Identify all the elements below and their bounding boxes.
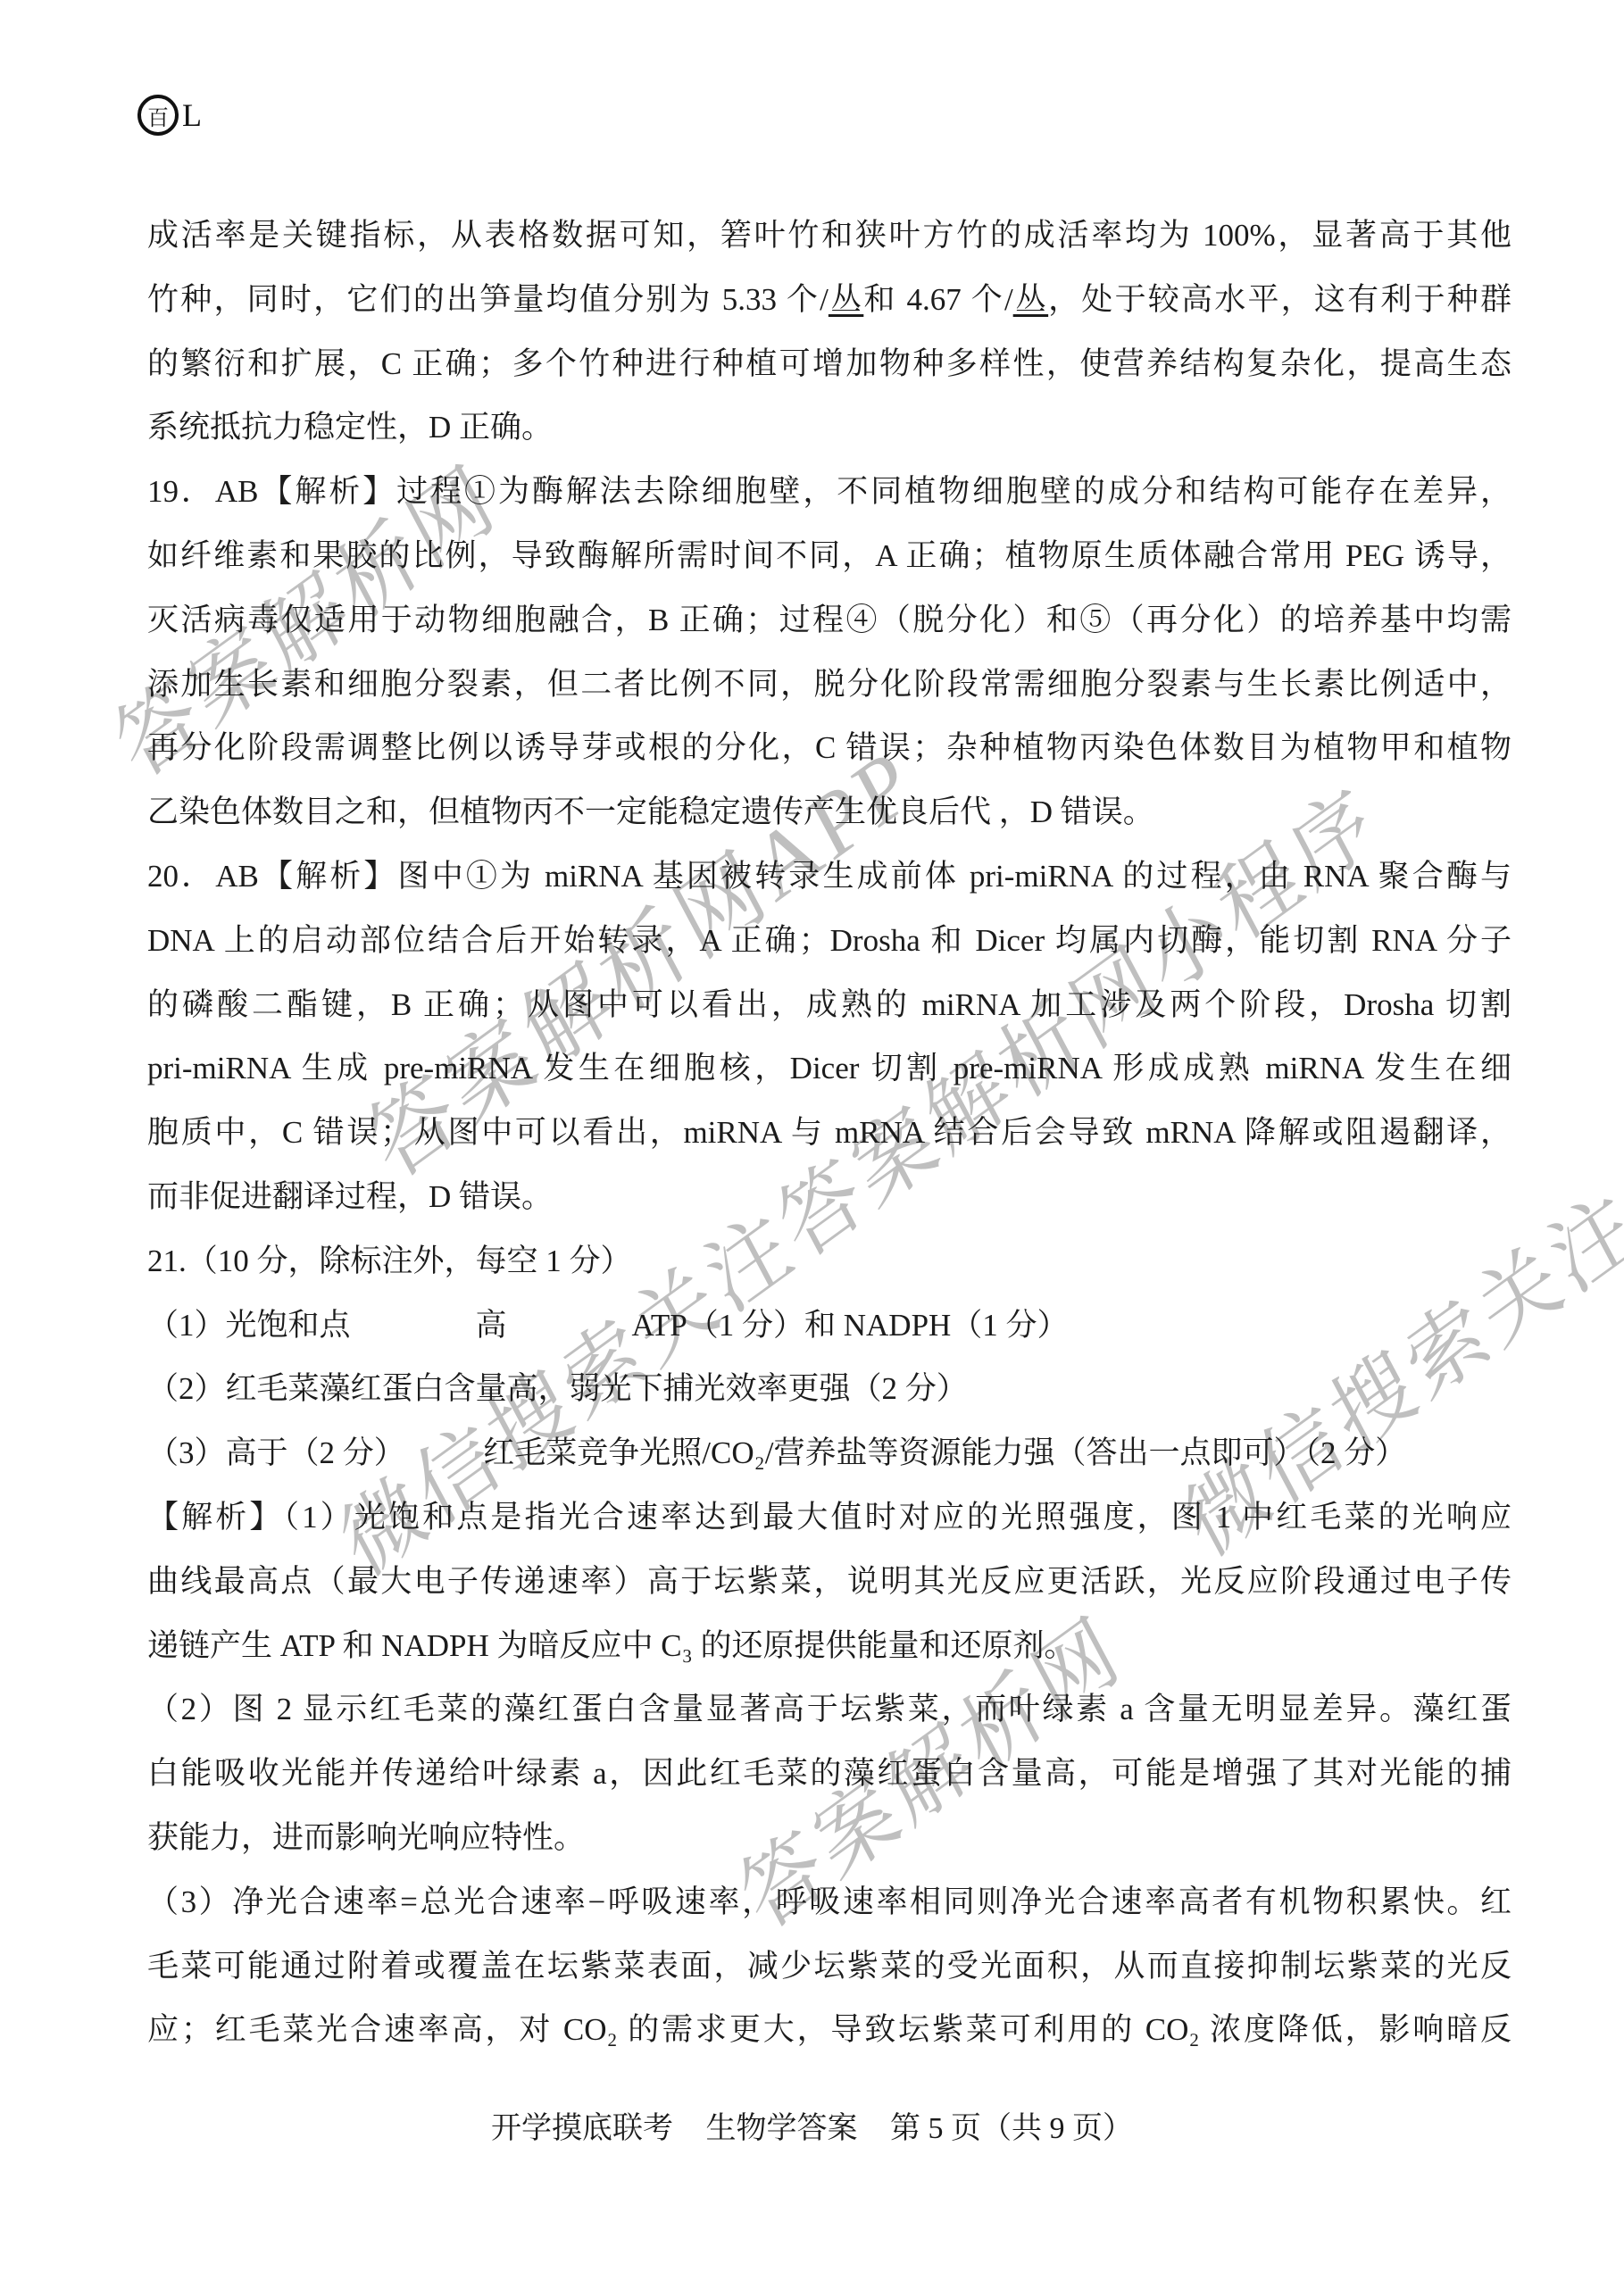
text-line-18: （1）光饱和点 高 ATP（1 分）和 NADPH（1 分） — [147, 1294, 1512, 1358]
page-footer: 开学摸底联考 生物学答案 第 5 页（共 9 页） — [0, 2103, 1624, 2147]
text-line-2: 竹种，同时，它们的出笋量均值分别为 5.33 个/丛和 4.67 个/丛，处于较… — [147, 268, 1512, 332]
text-line-4: 系统抵抗力稳定性，D 正确。 — [147, 395, 1512, 460]
text-line-22: 曲线最高点（最大电子传递速率）高于坛紫菜，说明其光反应更活跃，光反应阶段通过电子… — [147, 1550, 1512, 1614]
text-line-28: 毛菜可能通过附着或覆盖在坛紫菜表面，减少坛紫菜的受光面积，从而直接抑制坛紫菜的光… — [147, 1934, 1512, 1999]
text-line-20: （3）高于（2 分） 红毛菜竞争光照/CO₂/营养盐等资源能力强（答出一点即可）… — [147, 1421, 1512, 1485]
text-line-25: 白能吸收光能并传递给叶绿素 a，因此红毛菜的藻红蛋白含量高，可能是增强了其对光能… — [147, 1742, 1512, 1806]
text-line-15: 胞质中，C 错误；从图中可以看出，miRNA 与 mRNA 结合后会导致 mRN… — [147, 1101, 1512, 1165]
answer-sheet-page: 百 L 答案解析网答案解析网APP微信搜索关注答案解析网小程序答案解析网微信搜索… — [0, 0, 1624, 2296]
text-line-9: 再分化阶段需调整比例以诱导芽或根的分化，C 错误；杂种植物丙染色体数目为植物甲和… — [147, 716, 1512, 780]
text-line-24: （2）图 2 显示红毛菜的藻红蛋白含量显著高于坛紫菜，而叶绿素 a 含量无明显差… — [147, 1677, 1512, 1742]
text-line-11: 20．AB【解析】图中①为 miRNA 基因被转录生成前体 pri-miRNA … — [147, 844, 1512, 909]
text-line-26: 获能力，进而影响光响应特性。 — [147, 1806, 1512, 1870]
text-line-6: 如纤维素和果胶的比例，导致酶解所需时间不同，A 正确；植物原生质体融合常用 PE… — [147, 524, 1512, 588]
text-line-1: 成活率是关键指标，从表格数据可知，箬叶竹和狭叶方竹的成活率均为 100%，显著高… — [147, 204, 1512, 268]
logo-suffix: L — [182, 96, 202, 134]
text-line-23: 递链产生 ATP 和 NADPH 为暗反应中 C₃ 的还原提供能量和还原剂。 — [147, 1614, 1512, 1678]
logo-circle-icon: 百 — [137, 95, 179, 136]
text-line-5: 19．AB【解析】过程①为酶解法去除细胞壁，不同植物细胞壁的成分和结构可能存在差… — [147, 460, 1512, 524]
text-line-17: 21.（10 分，除标注外，每空 1 分） — [147, 1229, 1512, 1294]
text-line-10: 乙染色体数目之和，但植物丙不一定能稳定遗传产生优良后代 ，D 错误。 — [147, 780, 1512, 844]
text-line-3: 的繁衍和扩展，C 正确；多个竹种进行种植可增加物种多样性，使营养结构复杂化，提高… — [147, 332, 1512, 396]
footer-page-number: 第 5 页（共 9 页） — [890, 2112, 1133, 2145]
text-line-29: 应；红毛菜光合速率高，对 CO₂ 的需求更大，导致坛紫菜可利用的 CO₂ 浓度降… — [147, 1998, 1512, 2062]
publisher-logo: 百 L — [137, 95, 202, 136]
text-line-27: （3）净光合速率=总光合速率−呼吸速率，呼吸速率相同则净光合速率高者有机物积累快… — [147, 1870, 1512, 1934]
logo-circle-char: 百 — [147, 100, 169, 131]
footer-subject: 生物学答案 — [706, 2112, 858, 2145]
text-line-7: 灭活病毒仅适用于动物细胞融合，B 正确；过程④（脱分化）和⑤（再分化）的培养基中… — [147, 588, 1512, 653]
text-line-13: 的磷酸二酯键，B 正确；从图中可以看出，成熟的 miRNA 加工涉及两个阶段，D… — [147, 973, 1512, 1037]
text-line-21: 【解析】（1）光饱和点是指光合速率达到最大值时对应的光照强度，图 1 中红毛菜的… — [147, 1485, 1512, 1550]
footer-exam-title: 开学摸底联考 — [491, 2112, 673, 2145]
text-line-14: pri-miRNA 生成 pre-miRNA 发生在细胞核，Dicer 切割 p… — [147, 1036, 1512, 1101]
text-line-19: （2）红毛菜藻红蛋白含量高，弱光下捕光效率更强（2 分） — [147, 1357, 1512, 1421]
text-line-12: DNA 上的启动部位结合后开始转录，A 正确；Drosha 和 Dicer 均属… — [147, 909, 1512, 973]
document-text: 成活率是关键指标，从表格数据可知，箬叶竹和狭叶方竹的成活率均为 100%，显著高… — [147, 204, 1512, 2062]
text-line-16: 而非促进翻译过程，D 错误。 — [147, 1165, 1512, 1229]
text-line-8: 添加生长素和细胞分裂素，但二者比例不同，脱分化阶段常需细胞分裂素与生长素比例适中… — [147, 653, 1512, 717]
